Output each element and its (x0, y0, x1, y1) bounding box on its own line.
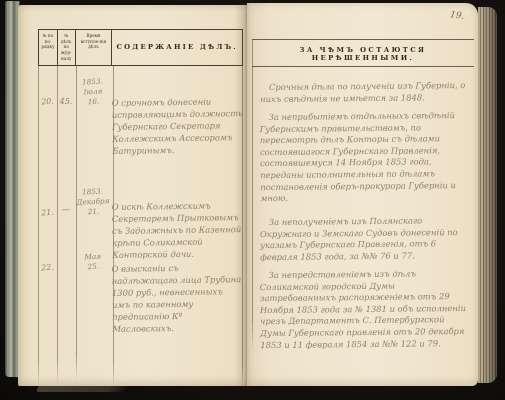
header-rule-bottom (252, 66, 474, 67)
table-rule (252, 39, 253, 351)
column-header-case-contents: СОДЕРЖАНІЕ ДѢЛЪ. (112, 30, 242, 65)
header-rule-top (252, 39, 474, 40)
row-date: 1853. Декабря 21. (72, 186, 113, 218)
row-journal-no: 45. (57, 97, 75, 106)
folio-number: 19. (449, 10, 465, 22)
case-content: О взысканіи съ надлѣжащаго лица Трубина … (112, 262, 244, 335)
fore-edge (478, 7, 497, 383)
table-header-row: № по по-рядку № дѣлъ по жур-налу Время в… (38, 29, 243, 66)
case-content: О искѣ Коллежскимъ Секретаремъ Прытковым… (112, 200, 244, 261)
column-header-unresolved-reason: ЗА ЧѢМЪ ОСТАЮТСЯ НЕРѢШЕННЫМИ. (252, 46, 474, 62)
row-date: 1853. Іюля 16. (72, 76, 113, 108)
column-header-date: Время вступле-нія дѣлъ (76, 30, 113, 65)
case-content: О срочномъ донесеніи исправляющимъ должн… (112, 96, 244, 157)
table-rule (57, 66, 58, 384)
resolution-paragraph: Срочныя дѣла по полученіи изъ Губерніи, … (260, 80, 472, 105)
left-page: № по по-рядку № дѣлъ по жур-налу Время в… (18, 5, 247, 386)
row-date: Мая 25. (73, 251, 114, 273)
book-photo: № по по-рядку № дѣлъ по жур-налу Время в… (0, 0, 505, 400)
resolution-paragraph: За неприбытіемъ отдѣльныхъ свѣдѣній Губе… (260, 110, 473, 205)
resolution-paragraph: За непредставленіемъ изъ дѣлъ Соликамско… (260, 268, 473, 351)
row-order-no: 20. (38, 96, 58, 106)
resolution-paragraph: За неполученіемъ изъ Полянскаго Окружнаг… (260, 215, 472, 264)
column-header-order-no: № по по-рядку (39, 30, 58, 65)
row-order-no: 22. (38, 262, 58, 272)
row-order-no: 21. (38, 207, 58, 217)
column-header-journal-no: № дѣлъ по жур-налу (58, 30, 76, 65)
right-page: 19. ЗА ЧѢМЪ ОСТАЮТСЯ НЕРѢШЕННЫМИ. Срочны… (247, 3, 478, 386)
resolution-notes: Срочныя дѣла по полученіи изъ Губерніи, … (260, 81, 472, 350)
table-rule (76, 66, 77, 380)
table-rule (38, 66, 39, 386)
